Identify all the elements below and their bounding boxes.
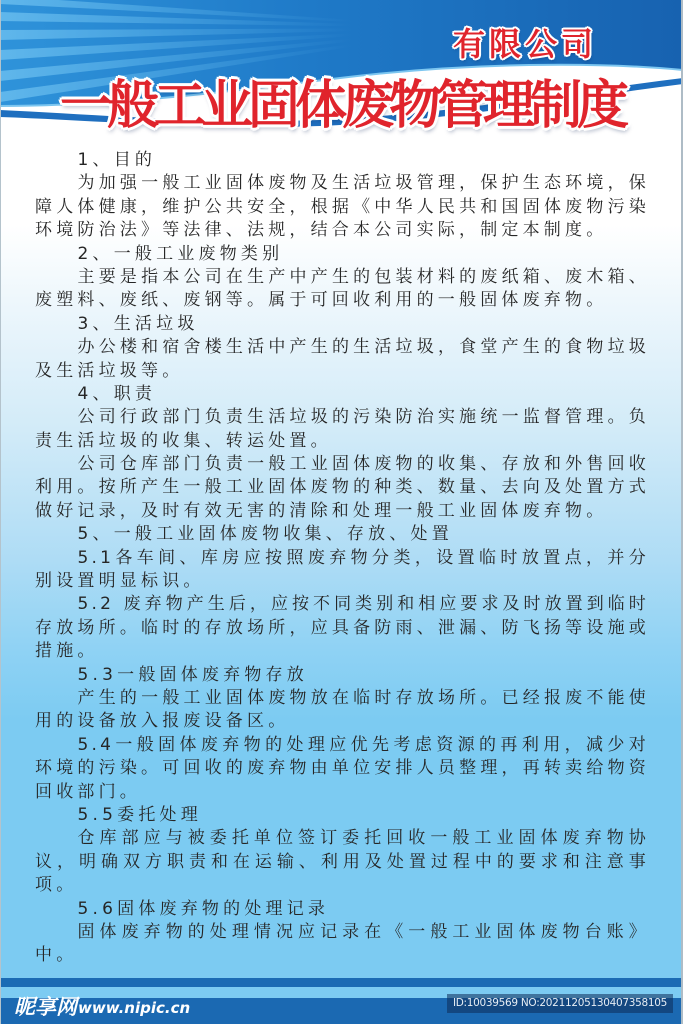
heading-line: 5.5委托处理 bbox=[35, 804, 649, 827]
paragraph: 产生的一般工业固体废物放在临时存放场所。已经报废不能使 用的设备放入报废设备区。 bbox=[35, 687, 649, 734]
text-line: 存放场所。临时的存放场所，应具备防雨、泄漏、防飞扬等设施或 bbox=[35, 617, 649, 640]
heading-line: 2、一般工业废物类别 bbox=[35, 243, 649, 266]
paragraph: 5.2 废弃物产生后，应按不同类别和相应要求及时放置到临时 存放场所。临时的存放… bbox=[35, 593, 649, 663]
text-line: 环境防治法》等法律、法规，结合本公司实际，制定本制度。 bbox=[35, 219, 649, 242]
watermark-id-badge: ID:10039569 NO:20211205130407358105 bbox=[447, 994, 673, 1013]
footer-stripe-dark bbox=[0, 978, 683, 987]
regulation-body: 1、目的 为加强一般工业固体废物及生活垃圾管理，保护生态环境，保 障人体健康，维… bbox=[35, 149, 649, 968]
text-line: 利用。按所产生一般工业固体废物的种类、数量、去向及处置方式 bbox=[35, 476, 649, 499]
paragraph: 仓库部应与被委托单位签订委托回收一般工业固体废弃物协 议，明确双方职责和在运输、… bbox=[35, 827, 649, 897]
text-line: 公司行政部门负责生活垃圾的污染防治实施统一监督管理。负 bbox=[35, 406, 649, 429]
paragraph: 办公楼和宿舍楼生活中产生的生活垃圾，食堂产生的食物垃圾 及生活垃圾等。 bbox=[35, 336, 649, 383]
section-heading: 4、职责 bbox=[35, 383, 649, 406]
text-line: 别设置明显标识。 bbox=[35, 570, 649, 593]
text-line: 中。 bbox=[35, 944, 649, 967]
text-line: 障人体健康，维护公共安全，根据《中华人民共和国固体废物污染 bbox=[35, 196, 649, 219]
paragraph: 公司仓库部门负责一般工业固体废物的收集、存放和外售回收 利用。按所产生一般工业固… bbox=[35, 453, 649, 523]
text-line: 责生活垃圾的收集、转运处置。 bbox=[35, 430, 649, 453]
text-line: 固体废弃物的处理情况应记录在《一般工业固体废物台账》 bbox=[35, 921, 649, 944]
text-line: 主要是指本公司在生产中产生的包装材料的废纸箱、废木箱、 bbox=[35, 266, 649, 289]
text-line: 措施。 bbox=[35, 640, 649, 663]
paragraph: 公司行政部门负责生活垃圾的污染防治实施统一监督管理。负 责生活垃圾的收集、转运处… bbox=[35, 406, 649, 453]
heading-line: 1、目的 bbox=[35, 149, 649, 172]
text-line: 办公楼和宿舍楼生活中产生的生活垃圾，食堂产生的食物垃圾 bbox=[35, 336, 649, 359]
section-heading: 5.5委托处理 bbox=[35, 804, 649, 827]
text-line: 项。 bbox=[35, 874, 649, 897]
heading-line: 5.3一般固体废弃物存放 bbox=[35, 664, 649, 687]
heading-line: 3、生活垃圾 bbox=[35, 313, 649, 336]
text-line: 公司仓库部门负责一般工业固体废物的收集、存放和外售回收 bbox=[35, 453, 649, 476]
frame-border-left bbox=[0, 0, 1, 1024]
section-heading: 2、一般工业废物类别 bbox=[35, 243, 649, 266]
paragraph: 5.1各车间、库房应按照废弃物分类，设置临时放置点，并分 别设置明显标识。 bbox=[35, 547, 649, 594]
heading-line: 4、职责 bbox=[35, 383, 649, 406]
text-line: 为加强一般工业固体废物及生活垃圾管理，保护生态环境，保 bbox=[35, 172, 649, 195]
company-label: 有限公司 bbox=[453, 24, 597, 64]
paragraph: 主要是指本公司在生产中产生的包装材料的废纸箱、废木箱、 废塑料、废纸、废钢等。属… bbox=[35, 266, 649, 313]
text-line: 产生的一般工业固体废物放在临时存放场所。已经报废不能使 bbox=[35, 687, 649, 710]
text-line: 仓库部应与被委托单位签订委托回收一般工业固体废弃物协 bbox=[35, 827, 649, 850]
section-heading: 1、目的 bbox=[35, 149, 649, 172]
section-heading: 5.6固体废弃物的处理记录 bbox=[35, 898, 649, 921]
text-line: 及生活垃圾等。 bbox=[35, 360, 649, 383]
text-line: 做好记录，及时有效无害的清除和处理一般工业固体废弃物。 bbox=[35, 500, 649, 523]
paragraph: 5.4一般固体废弃物的处理应优先考虑资源的再利用，减少对 环境的污染。可回收的废… bbox=[35, 734, 649, 804]
paragraph: 为加强一般工业固体废物及生活垃圾管理，保护生态环境，保 障人体健康，维护公共安全… bbox=[35, 172, 649, 242]
section-heading: 5.3一般固体废弃物存放 bbox=[35, 664, 649, 687]
text-line: 环境的污染。可回收的废弃物由单位安排人员整理，再转卖给物资 bbox=[35, 757, 649, 780]
heading-line: 5、一般工业固体废物收集、存放、处置 bbox=[35, 523, 649, 546]
text-line: 回收部门。 bbox=[35, 781, 649, 804]
text-line: 议，明确双方职责和在运输、利用及处置过程中的要求和注意事 bbox=[35, 851, 649, 874]
text-line: 5.4一般固体废弃物的处理应优先考虑资源的再利用，减少对 bbox=[35, 734, 649, 757]
text-line: 废塑料、废纸、废钢等。属于可回收利用的一般固体废弃物。 bbox=[35, 289, 649, 312]
watermark-url: www.nipic.cn bbox=[78, 997, 190, 1019]
text-line: 用的设备放入报废设备区。 bbox=[35, 710, 649, 733]
section-heading: 3、生活垃圾 bbox=[35, 313, 649, 336]
heading-line: 5.6固体废弃物的处理记录 bbox=[35, 898, 649, 921]
text-line: 5.1各车间、库房应按照废弃物分类，设置临时放置点，并分 bbox=[35, 547, 649, 570]
text-line: 5.2 废弃物产生后，应按不同类别和相应要求及时放置到临时 bbox=[35, 593, 649, 616]
paragraph: 固体废弃物的处理情况应记录在《一般工业固体废物台账》 中。 bbox=[35, 921, 649, 968]
watermark-brand: 昵享网 bbox=[14, 994, 77, 1020]
section-heading: 5、一般工业固体废物收集、存放、处置 bbox=[35, 523, 649, 546]
poster-title: 一般工业固体废物管理制度 bbox=[60, 76, 624, 136]
